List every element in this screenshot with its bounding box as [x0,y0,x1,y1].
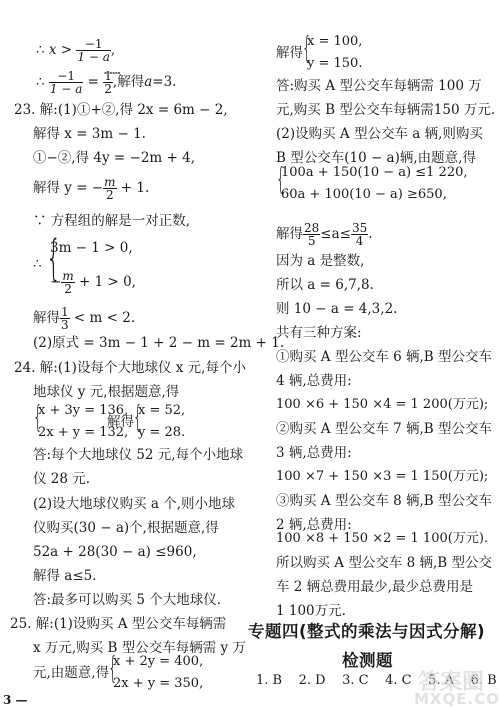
operator: = [83,74,103,90]
fraction: 13 [60,306,70,331]
part2-intro-line1: (2)设购买 A 型公交车 a 辆,则购买 [276,126,483,142]
text: 解得 y = − [33,180,103,196]
section-subtitle: 检测题 [342,647,393,671]
p23-line2: 解得 x = 3m − 1. [33,126,146,142]
line-0: 因为 a 是整数, [276,253,364,269]
p25-line1: 25. 解:(1)设购买 A 型公交车每辆需 [10,616,226,632]
p24-part2-line5: 答:最多可以购买 5 个大地球仪. [33,592,221,608]
line-6: 100 ×6 + 150 ×4 = 1 200(万元); [276,397,488,413]
fraction: 354 [351,222,368,247]
problem-number: 24. [14,360,35,376]
line-8: 3 辆,总费用: [276,445,352,461]
watermark-text: MXQE.COM [414,690,500,708]
therefore-symbol: ∴ [36,74,49,90]
text: ,解得 [113,74,144,90]
problem-number: 25. [10,616,31,632]
p23-condition: ∵ 方程组的解是一对正数, [33,213,190,229]
answer-3: 3. C [342,673,368,688]
text: + 1 > 0, [75,274,136,290]
text: < m < 2. [70,310,135,326]
line-14: 车 2 辆总费用最少,最少总费用是 [276,579,473,595]
solution-eq2: y = 150. [307,56,362,72]
section-title: 专题四(整式的乘法与因式分解) [248,618,485,642]
denominator: 1 − a [76,51,110,63]
p24-part2-line1: (2)设大地球仪购买 a 个,则小地球 [33,496,235,512]
text: − [50,274,61,290]
problem-number: 23. [14,102,35,118]
denominator: 3 [60,319,70,331]
text: 解:(1)设每个大地球仪 x 元,每个小 [40,360,246,376]
answer-2: 2. D [299,673,326,688]
system-eq2: 2x + y = 350, [113,676,203,692]
system-eq1: x + 2y = 400, [113,654,203,670]
p24-part2-line2: 仪购买(30 − a)个,根据题意,得 [33,520,219,536]
p23-line3: ①−②,得 4y = −2m + 4, [33,150,195,166]
denominator: 2 [103,189,116,201]
line-15: 1 100万元. [276,603,346,619]
line-1: 所以 a = 6,7,8. [276,277,374,293]
result: =3. [152,74,176,90]
line-12: 100 ×8 + 150 ×2 = 1 100(万元). [276,531,488,547]
text: ≤a≤ [320,226,351,242]
line-10: ③购买 A 型公交车 8 辆,B 型公交车 [276,493,492,509]
text: + 1. [117,180,150,196]
text: 解:(1)设购买 A 型公交车每辆需 [36,616,227,632]
solution-eq1: x = 100, [307,34,362,50]
system-eq1: 3m − 1 > 0, [50,240,133,256]
fraction: m2 [103,176,116,201]
system-eq2: 60a + 100(10 − a) ≥650, [281,187,447,203]
punct: , [111,42,115,58]
p23-y-solution: 解得 y = −m2 + 1. [33,176,149,201]
line-9: 100 ×7 + 150 ×3 = 1 150(万元); [276,469,488,485]
line-13: 所以购买 A 型公交车 8 辆,B 型公交 [276,555,492,571]
part2-intro-line2: B 型公交车(10 − a)辆,由题意,得 [276,150,476,166]
denominator: 1 − a [49,83,83,95]
fraction: 285 [303,222,320,247]
solution-eq1: x = 52, [138,403,185,419]
p24-answer1: 答:每个大地球仪 52 元,每个小地球 [33,447,243,463]
fraction: m2 [61,270,74,295]
therefore-symbol: ∴ [36,42,49,58]
p22-line1: ∴ x > −11 − a, [36,38,115,63]
text: 解得 [276,226,303,242]
answer-line2: 元,购买 B 型公交车每辆需150 万元. [276,102,495,118]
line-2: 则 10 − a = 4,3,2. [276,301,397,317]
p23-range: 解得13 < m < 2. [33,306,135,331]
therefore-symbol: ∴ [33,256,42,272]
denominator: 4 [351,235,368,247]
line-5: 4 辆,总费用: [276,373,352,389]
range-line: 解得285≤a≤354. [276,222,373,247]
tiny-watermark: ▪▪▪▪▪▪ [104,71,120,75]
p23-line1: 23. 解:(1)①+②,得 2x = 6m − 2, [14,102,228,118]
solve-label: 解得 [276,45,303,61]
answer-4: 4. C [385,673,411,688]
denominator: 2 [103,83,113,95]
text: 解:(1)①+②,得 2x = 6m − 2, [40,102,228,118]
denominator: 5 [303,235,320,247]
text: . [368,226,372,242]
p24-part2-line4: 解得 a≤5. [33,568,97,584]
line-4: ①购买 A 型公交车 6 辆,B 型公交车 [276,349,492,365]
denominator: 2 [61,283,74,295]
p24-line2: 地球仪 y 元,根据题意,得 [33,384,179,400]
p24-line1: 24. 解:(1)设每个大地球仪 x 元,每个小 [14,360,246,376]
p23-part2: (2)原式 = 3m − 1 + 2 − m = 2m + 1. [33,335,284,351]
line-3: 共有三种方案: [276,325,362,341]
fraction: −11 − a [49,70,83,95]
answer-line1: 答:购买 A 型公交车每辆需 100 万 [276,78,482,94]
solution-eq2: y = 28. [138,425,185,441]
answer-1: 1. B [256,673,282,688]
system-eq2: −m2 + 1 > 0, [50,270,136,295]
text: 解得 [33,310,60,326]
operator: > [57,42,77,58]
system-eq1: 100a + 150(10 − a) ≤1 220, [281,165,468,181]
solve-label: 解得 [107,414,134,430]
p24-part2-line3: 52a + 28(30 − a) ≤960, [33,544,197,560]
page-number: 3 — [3,692,28,708]
line-7: ②购买 A 型公交车 7 辆,B 型公交车 [276,421,492,437]
var-x: x [49,42,57,58]
p25-system-prefix: 元,由题意,得 [33,665,109,681]
p24-answer2: 仪 28 元. [33,471,90,487]
fraction: −11 − a [76,38,110,63]
